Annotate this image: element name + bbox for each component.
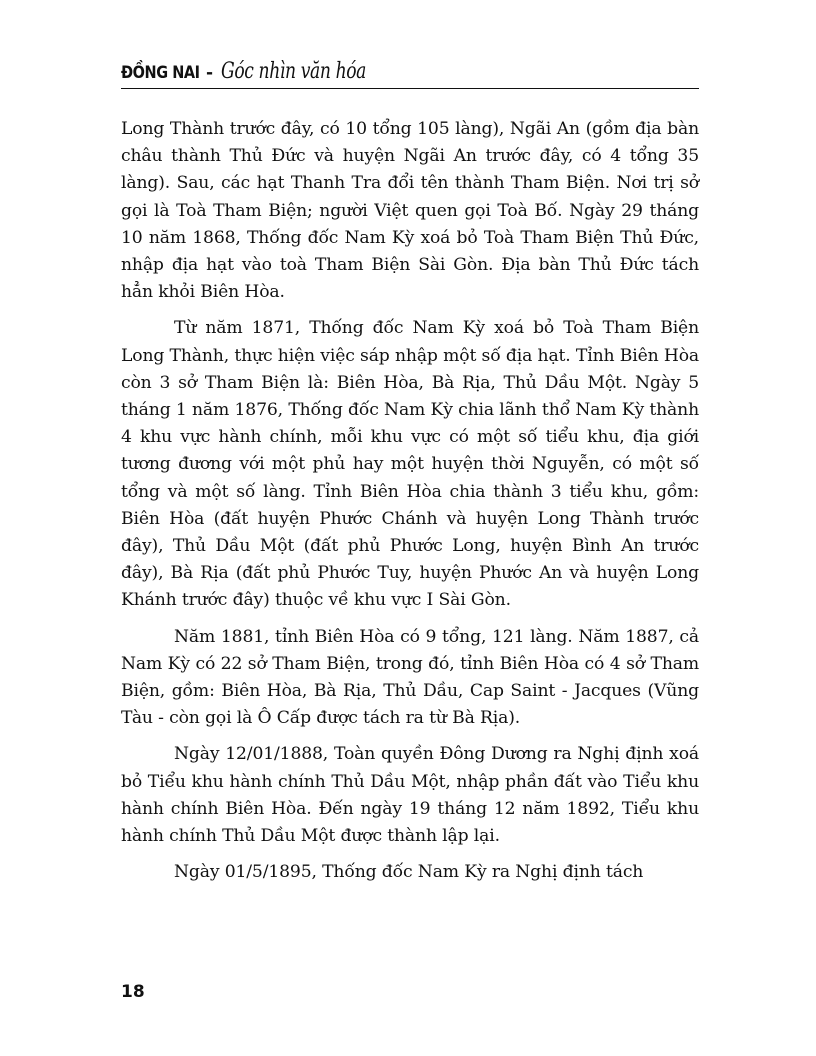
running-header: ĐỒNG NAI - Góc nhìn văn hóa (121, 57, 699, 93)
paragraph-1: Long Thành trước đây, có 10 tổng 105 làn… (121, 116, 699, 306)
paragraph-2: Từ năm 1871, Thống đốc Nam Kỳ xoá bỏ Toà… (121, 315, 699, 614)
page-body: Long Thành trước đây, có 10 tổng 105 làn… (121, 116, 699, 895)
header-separator: - (206, 63, 213, 83)
paragraph-3: Năm 1881, tỉnh Biên Hòa có 9 tổng, 121 l… (121, 624, 699, 733)
page-number: 18 (121, 982, 145, 1002)
book-subtitle: Góc nhìn văn hóa (221, 57, 369, 87)
book-title: ĐỒNG NAI (121, 63, 200, 83)
header-rule (121, 88, 699, 89)
paragraph-4: Ngày 12/01/1888, Toàn quyền Đông Dương r… (121, 741, 699, 850)
paragraph-5: Ngày 01/5/1895, Thống đốc Nam Kỳ ra Nghị… (121, 859, 699, 886)
